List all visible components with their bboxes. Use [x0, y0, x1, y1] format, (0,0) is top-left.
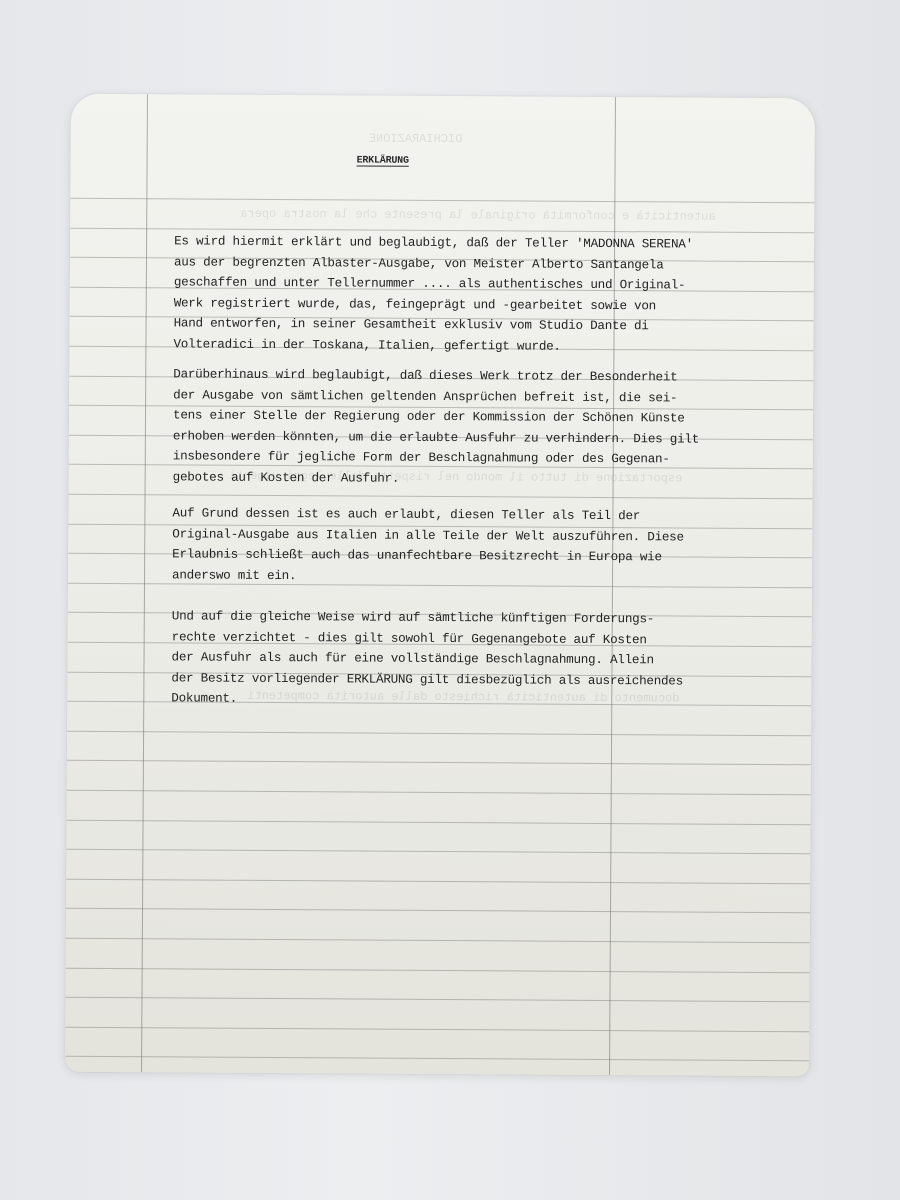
ruled-line [65, 997, 809, 1003]
document-title: ERKLÄRUNG [357, 155, 409, 166]
text-line: geschaffen und unter Tellernummer .... a… [174, 272, 714, 296]
bleed-through-text: autenticità e conformità originale la pr… [240, 207, 715, 224]
ruled-line [70, 198, 814, 204]
ruled-line [66, 849, 810, 855]
text-line: Es wird hiermit erklärt und beglaubigt, … [174, 231, 714, 255]
paragraph-4: Und auf die gleiche Weise wird auf sämtl… [171, 606, 712, 712]
text-line: Hand entworfen, in seiner Gesamtheit exk… [174, 313, 714, 337]
ruled-lines [71, 94, 815, 99]
ruled-line [67, 790, 811, 796]
bleed-through-text: DICHIARAZIONE [369, 132, 463, 147]
ruled-line [66, 938, 810, 944]
text-line: Auf Grund dessen ist es auch erlaubt, di… [172, 503, 712, 527]
paragraph-1: Es wird hiermit erklärt und beglaubigt, … [173, 231, 714, 357]
text-line: der Ausfuhr als auch für eine vollständi… [171, 647, 711, 671]
text-line: der Besitz vorliegender ERKLÄRUNG gilt d… [171, 668, 711, 692]
document-sheet: DICHIARAZIONE autenticità e conformità o… [65, 94, 815, 1077]
ruled-line [66, 908, 810, 914]
text-line: insbesondere für jegliche Form der Besch… [173, 446, 713, 470]
text-line: gebotes auf Kosten der Ausfuhr. [173, 467, 713, 491]
text-line: Dokument. [171, 688, 711, 712]
text-line: Darüberhinaus wird beglaubigt, daß diese… [173, 364, 713, 388]
paragraph-3: Auf Grund dessen ist es auch erlaubt, di… [172, 503, 712, 588]
ruled-line [66, 967, 810, 973]
ruled-line [67, 819, 811, 825]
ruled-line [65, 1027, 809, 1033]
ruled-line [65, 1056, 809, 1062]
text-line: tens einer Stelle der Regierung oder der… [173, 405, 713, 429]
text-line: Volteradici in der Toskana, Italien, gef… [173, 334, 713, 358]
ruled-line [69, 494, 813, 500]
text-line: anderswo mit ein. [172, 565, 712, 589]
paragraph-2: Darüberhinaus wird beglaubigt, daß diese… [173, 364, 714, 490]
text-line: Erlaubnis schließt auch das unanfechtbar… [172, 544, 712, 568]
ruled-line [67, 731, 811, 737]
text-line: Und auf die gleiche Weise wird auf sämtl… [172, 606, 712, 630]
ruled-line [66, 879, 810, 885]
ruled-line [67, 760, 811, 766]
